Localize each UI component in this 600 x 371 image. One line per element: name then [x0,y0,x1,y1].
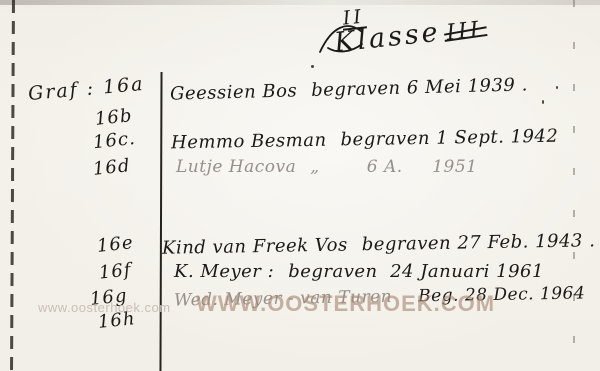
register-entry: Geessien Bosbegraven 6 Mei 1939 . [170,74,528,104]
watermark-small: www.oosterhoek.com [38,300,171,315]
register-row: Graf : 16a Geessien Bosbegraven 6 Mei 19… [0,78,600,104]
register-entry: Lutje Hacova„ 6 A. 1951 [176,157,478,177]
entry-name: Kind van Freek Vos [162,235,348,259]
entry-note: „ 6 A. 1951 [310,157,477,177]
scan-top-edge-artifact [0,0,600,5]
class-number-corrected: II [341,7,367,30]
register-row: 16d Lutje Hacova„ 6 A. 1951 [0,157,600,183]
class-heading: KlasseIIIII [333,12,483,58]
grave-number: 16f [98,259,133,283]
watermark-large: WWW.OOSTERHOEK.COM [196,291,495,317]
register-entry: K. Meyer :begraven 24 Januari 1961 [174,261,544,282]
graf-label: Graf : [27,77,96,105]
entry-name: Lutje Hacova [176,157,296,177]
register-row: 16c. Hemmo Besmanbegraven 1 Sept. 1942 [0,130,600,156]
entry-name: Hemmo Besman [171,130,327,154]
entry-name: Geessien Bos [170,80,298,104]
entry-note: begraven 24 Januari 1961 [288,261,544,282]
grave-number: 16d [92,155,131,180]
register-entry: Hemmo Besmanbegraven 1 Sept. 1942 [171,126,559,154]
class-number-struck: III [445,17,482,46]
grave-number: 16c. [92,128,137,153]
register-row: 16e Kind van Freek Vosbegraven 27 Feb. 1… [0,234,600,260]
grave-number: 16a [102,73,145,99]
register-row: 16f K. Meyer :begraven 24 Januari 1961 [0,261,600,287]
grave-number: 16e [96,232,135,257]
ink-speck [311,65,314,68]
grave-number: 16b [94,105,133,130]
entry-name: K. Meyer : [174,261,274,282]
entry-note: begraven 27 Feb. 1943 . [362,230,596,255]
entry-note: begraven 6 Mei 1939 . [311,74,528,101]
register-entry: Kind van Freek Vosbegraven 27 Feb. 1943 … [162,230,596,259]
scanned-register-page: KlasseIIIII Graf : 16a Geessien Bosbegra… [0,0,600,371]
entry-note: begraven 1 Sept. 1942 [340,126,558,151]
graf-label-and-number: Graf : 16a [27,73,145,105]
